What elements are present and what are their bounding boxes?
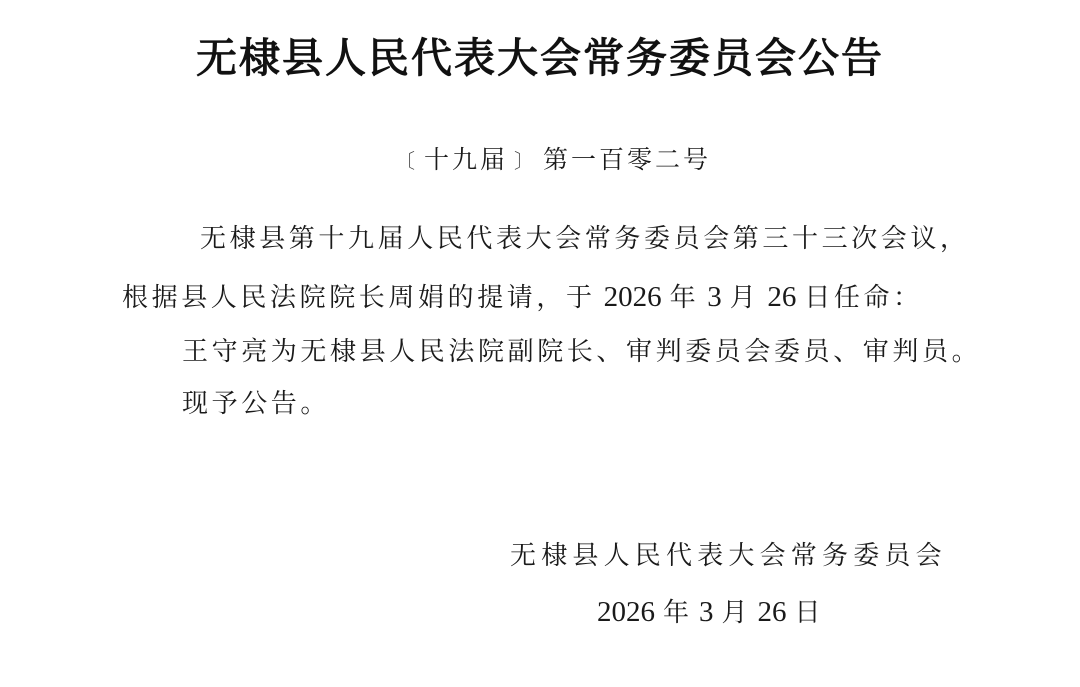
announcement-closing: 现予公告。 — [182, 391, 330, 417]
appointment-basis: 根据县人民法院院长周娟的提请，于 — [122, 283, 596, 313]
date-year: 2026 — [597, 596, 663, 628]
open-bracket: 〔 — [389, 149, 424, 173]
appointment-year: 2026 — [596, 281, 670, 313]
issuer-signature: 无棣县人民代表大会常务委员会 — [510, 543, 947, 569]
document-title: 无棣县人民代表大会常务委员会公告 — [0, 38, 1080, 79]
signature-date: 2026年3月26日 — [597, 598, 823, 627]
month-unit: 月 — [730, 283, 760, 313]
body-paragraph-line-1: 无棣县第十九届人民代表大会常务委员会第三十三次会议， — [200, 226, 970, 252]
appointment-month: 3 — [699, 281, 730, 313]
date-month-unit: 月 — [722, 598, 750, 628]
year-unit: 年 — [670, 283, 700, 313]
date-year-unit: 年 — [663, 598, 691, 628]
appointment-suffix: 日任命： — [804, 283, 922, 313]
body-paragraph-line-2: 根据县人民法院院长周娟的提请，于2026年3月26日任命： — [122, 283, 923, 312]
date-month: 3 — [691, 596, 722, 628]
close-bracket: 〕 — [508, 149, 543, 173]
session-label: 十九届 — [424, 145, 508, 174]
appointment-detail: 王守亮为无棣县人民法院副院长、审判委员会委员、审判员。 — [182, 339, 981, 365]
document-number: 〔十九届〕第一百零二号 — [0, 147, 1080, 172]
date-day-unit: 日 — [795, 598, 823, 628]
number-label: 第一百零二号 — [543, 145, 711, 174]
date-day: 26 — [750, 596, 795, 628]
appointment-day: 26 — [759, 281, 804, 313]
